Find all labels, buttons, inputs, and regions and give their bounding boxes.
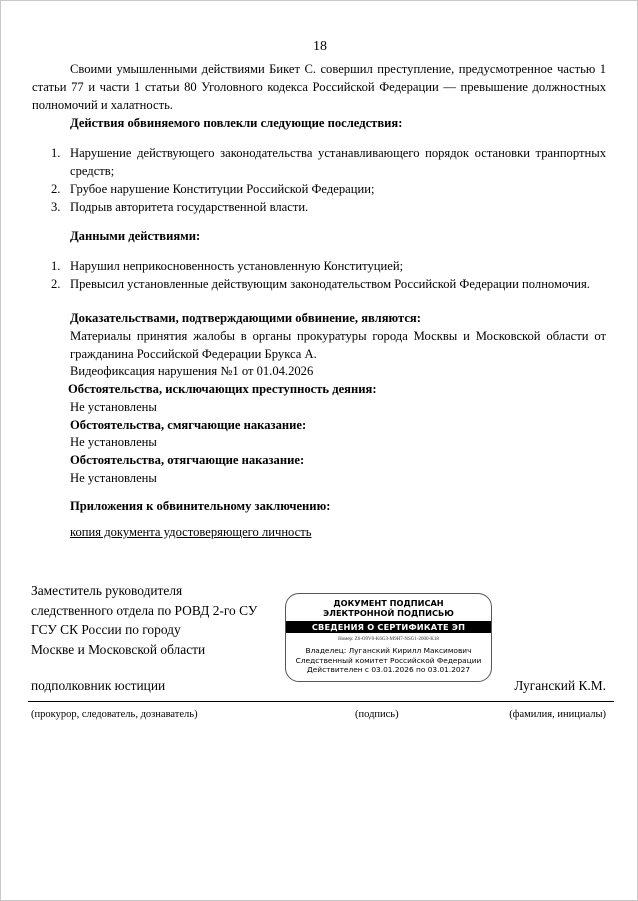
page-number: 18	[1, 39, 638, 55]
list-item: 1. Нарушил неприкосновенность установлен…	[51, 257, 606, 275]
evidence-line-3: Видеофиксация нарушения №1 от 01.04.2026	[70, 362, 313, 380]
list-item: 2. Грубое нарушение Конституции Российск…	[51, 180, 606, 198]
stamp-serial-number: Номер: Z6-O9V0-K6G3-M9H7-NSG1-2000-K18	[286, 636, 491, 644]
document-page: 18 Своими умышленными действиями Бикет С…	[0, 0, 638, 901]
intro-line-2: статьи 77 и части 1 статьи 80 Уголовного…	[32, 78, 606, 96]
list-item: 3. Подрыв авторитета государственной вла…	[51, 198, 606, 216]
attachment-item: копия документа удостоверяющего личность	[70, 523, 312, 541]
caption-fullname: (фамилия, инициалы)	[509, 708, 606, 722]
signature-line	[28, 701, 614, 702]
evidence-line-1: Материалы принятия жалобы в органы проку…	[70, 327, 606, 345]
list-item: 1. Нарушение действующего законодательст…	[51, 144, 606, 180]
caption-role: (прокурор, следователь, дознаватель)	[31, 708, 198, 722]
actions-list: 1. Нарушил неприкосновенность установлен…	[51, 257, 606, 293]
stamp-certificate-bar: СВЕДЕНИЯ О СЕРТИФИКАТЕ ЭП	[286, 621, 491, 633]
consequences-list: 1. Нарушение действующего законодательст…	[51, 144, 606, 216]
electronic-signature-stamp: ДОКУМЕНТ ПОДПИСАН ЭЛЕКТРОННОЙ ПОДПИСЬЮ С…	[285, 593, 492, 682]
actions-heading: Данными действиями:	[70, 227, 200, 245]
circumstances-excluding-heading: Обстоятельства, исключающих преступность…	[68, 380, 377, 398]
stamp-owner-info: Владелец: Луганский Кирилл Максимович Сл…	[286, 646, 491, 675]
signer-position: Заместитель руководителя следственного о…	[31, 581, 257, 659]
signer-name: Луганский К.М.	[514, 677, 606, 695]
circumstances-mitigating-value: Не установлены	[70, 433, 157, 451]
circumstances-aggravating-heading: Обстоятельства, отягчающие наказание:	[70, 451, 304, 469]
intro-line-1: Своими умышленными действиями Бикет С. с…	[32, 60, 606, 78]
stamp-title: ДОКУМЕНТ ПОДПИСАН ЭЛЕКТРОННОЙ ПОДПИСЬЮ	[286, 598, 491, 618]
list-item: 2. Превысил установленные действующим за…	[51, 275, 606, 293]
consequences-heading: Действия обвиняемого повлекли следующие …	[70, 114, 402, 132]
evidence-line-2: гражданина Российской Федерации Брукса А…	[70, 345, 317, 363]
caption-signature: (подпись)	[355, 708, 399, 722]
signer-rank: подполковник юстиции	[31, 677, 165, 695]
circumstances-mitigating-heading: Обстоятельства, смягчающие наказание:	[70, 416, 306, 434]
intro-line-3: полномочий и халатность.	[32, 96, 606, 114]
attachments-heading: Приложения к обвинительному заключению:	[70, 497, 330, 515]
circumstances-aggravating-value: Не установлены	[70, 469, 157, 487]
circumstances-excluding-value: Не установлены	[70, 398, 157, 416]
evidence-heading: Доказательствами, подтверждающими обвине…	[70, 309, 421, 327]
